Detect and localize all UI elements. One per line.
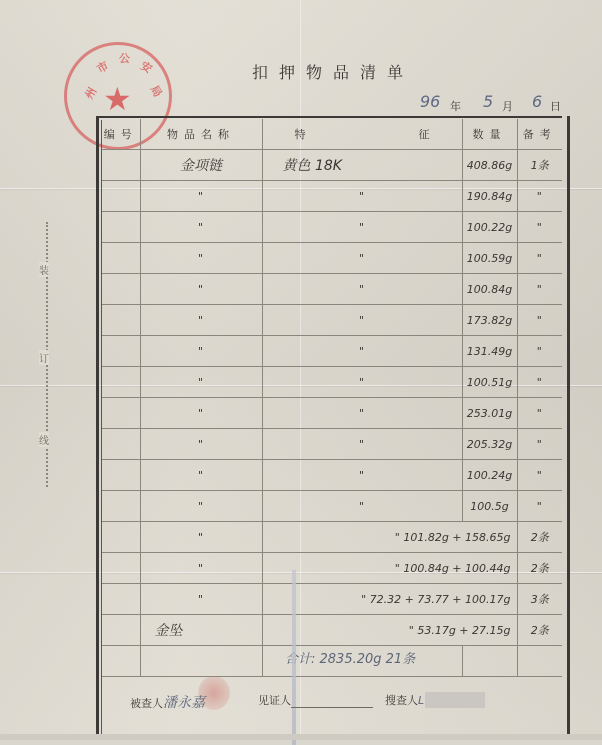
binding-line: 装 订 线: [46, 222, 58, 487]
paper-tear: [292, 570, 296, 745]
searched-person-name: 潘永嘉: [163, 695, 205, 711]
header-name: 物品名称: [140, 119, 262, 150]
redacted-area: [425, 692, 485, 708]
table-row: ""100.51g": [102, 367, 562, 398]
table-row: ""100.22g": [102, 212, 562, 243]
date-month: 5: [483, 92, 493, 111]
table-row: ""100.84g": [102, 274, 562, 305]
table-row: ""100.24g": [102, 460, 562, 491]
table-row: "" 101.82g + 158.65g2条: [102, 522, 562, 553]
header-note: 备考: [517, 119, 562, 150]
searcher-name: L: [418, 694, 424, 707]
total-summary: 合计: 2835.20g 21条: [285, 648, 415, 667]
table-row: ""253.01g": [102, 398, 562, 429]
witness-name: [291, 695, 373, 708]
table-border: [96, 116, 99, 736]
table-row: ""190.84g": [102, 181, 562, 212]
table-row: 金坠" 53.17g + 27.15g2条: [102, 615, 562, 646]
table-row: ""173.82g": [102, 305, 562, 336]
table-row: ""100.5g": [102, 491, 562, 522]
table-header-row: 编号 物品名称 特 征 数量 备考: [102, 119, 562, 150]
table-border: [567, 116, 570, 736]
star-icon: ★: [103, 83, 132, 115]
table-row: "" 72.32 + 73.77 + 100.17g3条: [102, 584, 562, 615]
date-day: 6: [532, 92, 542, 111]
table-border: [96, 116, 562, 118]
table-row: "" 100.84g + 100.44g2条: [102, 553, 562, 584]
header-feature: 特 征: [262, 119, 462, 150]
table-row: 金项链 黄色 18K 408.86g 1条: [102, 150, 562, 181]
date-year: 96: [420, 92, 440, 111]
table-row: ""131.49g": [102, 336, 562, 367]
document-paper: 州 市 公 安 局 ★ 扣押物品清单 96 年 5 月 6 日 装 订 线 编号…: [0, 0, 602, 740]
witness-field: 见证人: [258, 692, 373, 708]
document-title: 扣押物品清单: [252, 60, 414, 83]
seized-items-table: 编号 物品名称 特 征 数量 备考 金项链 黄色 18K 408.86g 1条 …: [102, 119, 562, 677]
scan-edge: [0, 734, 602, 740]
table-row: ""100.59g": [102, 243, 562, 274]
header-no: 编号: [102, 119, 140, 150]
searcher-field: 搜查人L: [385, 692, 424, 708]
table-row: ""205.32g": [102, 429, 562, 460]
searched-person-field: 被查人潘永嘉: [130, 692, 205, 712]
header-quantity: 数量: [462, 119, 517, 150]
